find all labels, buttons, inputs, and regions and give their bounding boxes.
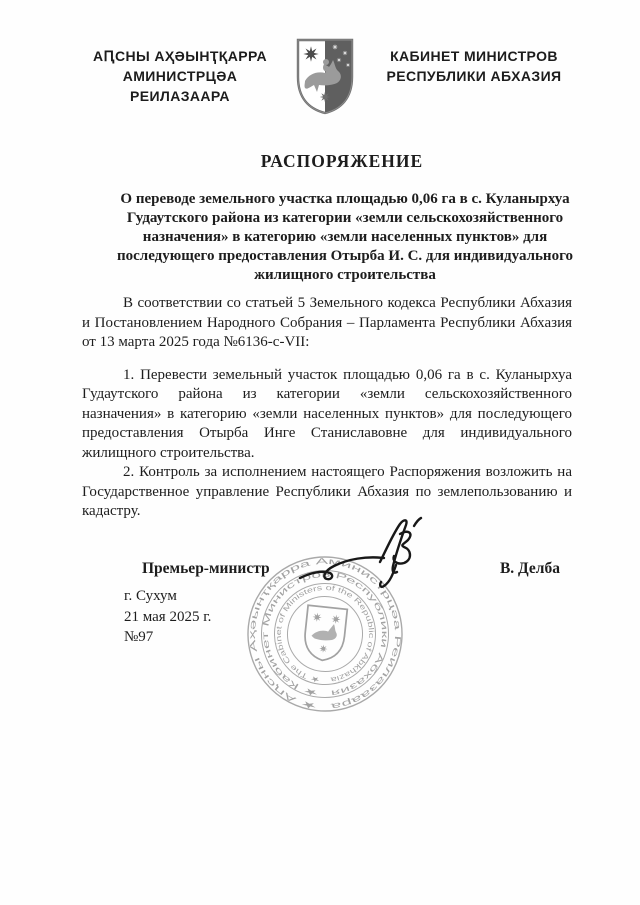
header-org-abkhaz: АԤСНЫ АҲӘЫНҬҚАРРА АМИНИСТРЦӘА РЕИЛАЗААРА: [77, 46, 283, 106]
header-org-russian: КАБИНЕТ МИНИСТРОВ РЕСПУБЛИКИ АБХАЗИЯ: [371, 46, 577, 86]
paragraph-preamble: В соответствии со статьей 5 Земельного к…: [82, 294, 572, 353]
footer-number: №97: [124, 627, 211, 648]
document-subject: О переводе земельного участка площадью 0…: [105, 190, 585, 285]
abkhazia-coat-of-arms-icon: [295, 37, 355, 117]
document-title: РАСПОРЯЖЕНИЕ: [97, 151, 587, 172]
header-org-abkhaz-line2: АМИНИСТРЦӘА РЕИЛАЗААРА: [77, 66, 283, 106]
header-org-russian-line1: КАБИНЕТ МИНИСТРОВ: [371, 46, 577, 66]
paragraph-item-2: 2. Контроль за исполнением настоящего Ра…: [82, 463, 572, 522]
document-footer: г. Сухум 21 мая 2025 г. №97: [124, 586, 211, 648]
footer-date: 21 мая 2025 г.: [124, 607, 211, 628]
header-org-abkhaz-line1: АԤСНЫ АҲӘЫНҬҚАРРА: [77, 46, 283, 66]
stamp-center-coat-of-arms: [303, 605, 348, 662]
handwritten-signature: [296, 516, 428, 602]
paragraph-item-1: 1. Перевести земельный участок площадью …: [82, 366, 572, 464]
scanned-document-page: АԤСНЫ АҲӘЫНҬҚАРРА АМИНИСТРЦӘА РЕИЛАЗААРА…: [0, 0, 640, 905]
header-org-russian-line2: РЕСПУБЛИКИ АБХАЗИЯ: [371, 66, 577, 86]
signer-position: Премьер-министр: [82, 559, 270, 579]
signer-name: В. Делба: [500, 559, 572, 579]
footer-city: г. Сухум: [124, 586, 211, 607]
document-body: В соответствии со статьей 5 Земельного к…: [82, 294, 572, 522]
